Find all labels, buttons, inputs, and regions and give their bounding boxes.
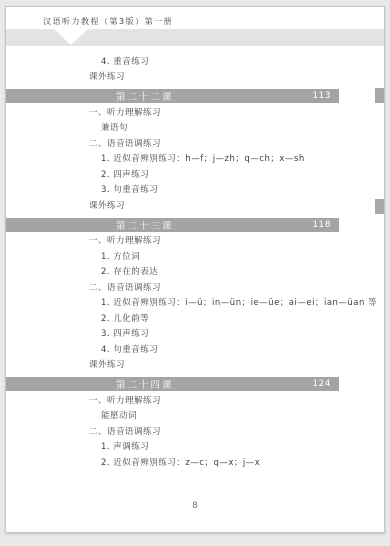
lesson-title: 第二十三课: [116, 218, 174, 232]
lesson-bar: 第二十二课113: [6, 89, 339, 103]
toc-item: 二、语音语调练习: [6, 135, 384, 151]
toc-item: 2. 近似音辨别练习：z—c；q—x；j—x: [6, 454, 384, 470]
toc-item: 一、听力理解练习: [6, 104, 384, 120]
page-edge-tab: [375, 88, 384, 103]
toc-item: 二、语音语调练习: [6, 423, 384, 439]
toc-item: 2. 存在的表达: [6, 264, 384, 280]
toc-item: 2. 儿化韵等: [6, 310, 384, 326]
toc-item: 兼语句: [6, 120, 384, 136]
lesson-bar: 第二十三课118: [6, 218, 339, 232]
toc-item: 4. 句重音练习: [6, 341, 384, 357]
lesson-title: 第二十二课: [116, 89, 174, 103]
document-page: 汉语听力教程（第3版）第一册 4. 重音练习课外练习第二十二课113一、听力理解…: [5, 6, 385, 533]
toc-item: 课外练习: [6, 197, 384, 213]
lesson-bar-row: 第二十四课124: [6, 372, 384, 392]
toc-item: 2. 四声练习: [6, 166, 384, 182]
toc-item: 一、听力理解练习: [6, 392, 384, 408]
page-number: 8: [6, 501, 384, 511]
toc-item: 3. 四声练习: [6, 326, 384, 342]
toc-rows: 4. 重音练习课外练习第二十二课113一、听力理解练习兼语句二、语音语调练习1.…: [6, 53, 384, 470]
lesson-title: 第二十四课: [116, 377, 174, 391]
lesson-bar-row: 第二十三课118: [6, 213, 384, 233]
toc-item: 一、听力理解练习: [6, 233, 384, 249]
toc-item: 4. 重音练习: [6, 53, 384, 69]
header-band-notch: [54, 29, 88, 45]
toc-item: 3. 句重音练习: [6, 182, 384, 198]
book-title: 汉语听力教程（第3版）第一册: [43, 16, 173, 27]
toc-item: 二、语音语调练习: [6, 279, 384, 295]
lesson-page-number: 118: [312, 220, 331, 230]
toc-item: 1. 声调练习: [6, 439, 384, 455]
toc-item: 能愿动词: [6, 408, 384, 424]
header-band: [6, 29, 384, 46]
page-edge-tab: [375, 199, 384, 214]
toc-item: 课外练习: [6, 357, 384, 373]
lesson-bar-row: 第二十二课113: [6, 84, 384, 104]
toc-item: 1. 近似音辨别练习：i—ü；in—ün；ie—üe；ai—ei；ian—üan…: [6, 295, 384, 311]
lesson-page-number: 113: [312, 91, 331, 101]
lesson-bar: 第二十四课124: [6, 377, 339, 391]
lesson-page-number: 124: [312, 379, 331, 389]
toc-item: 1. 方位词: [6, 248, 384, 264]
toc-item: 课外练习: [6, 69, 384, 85]
toc-item: 1. 近似音辨别练习：h—f；j—zh；q—ch；x—sh: [6, 151, 384, 167]
